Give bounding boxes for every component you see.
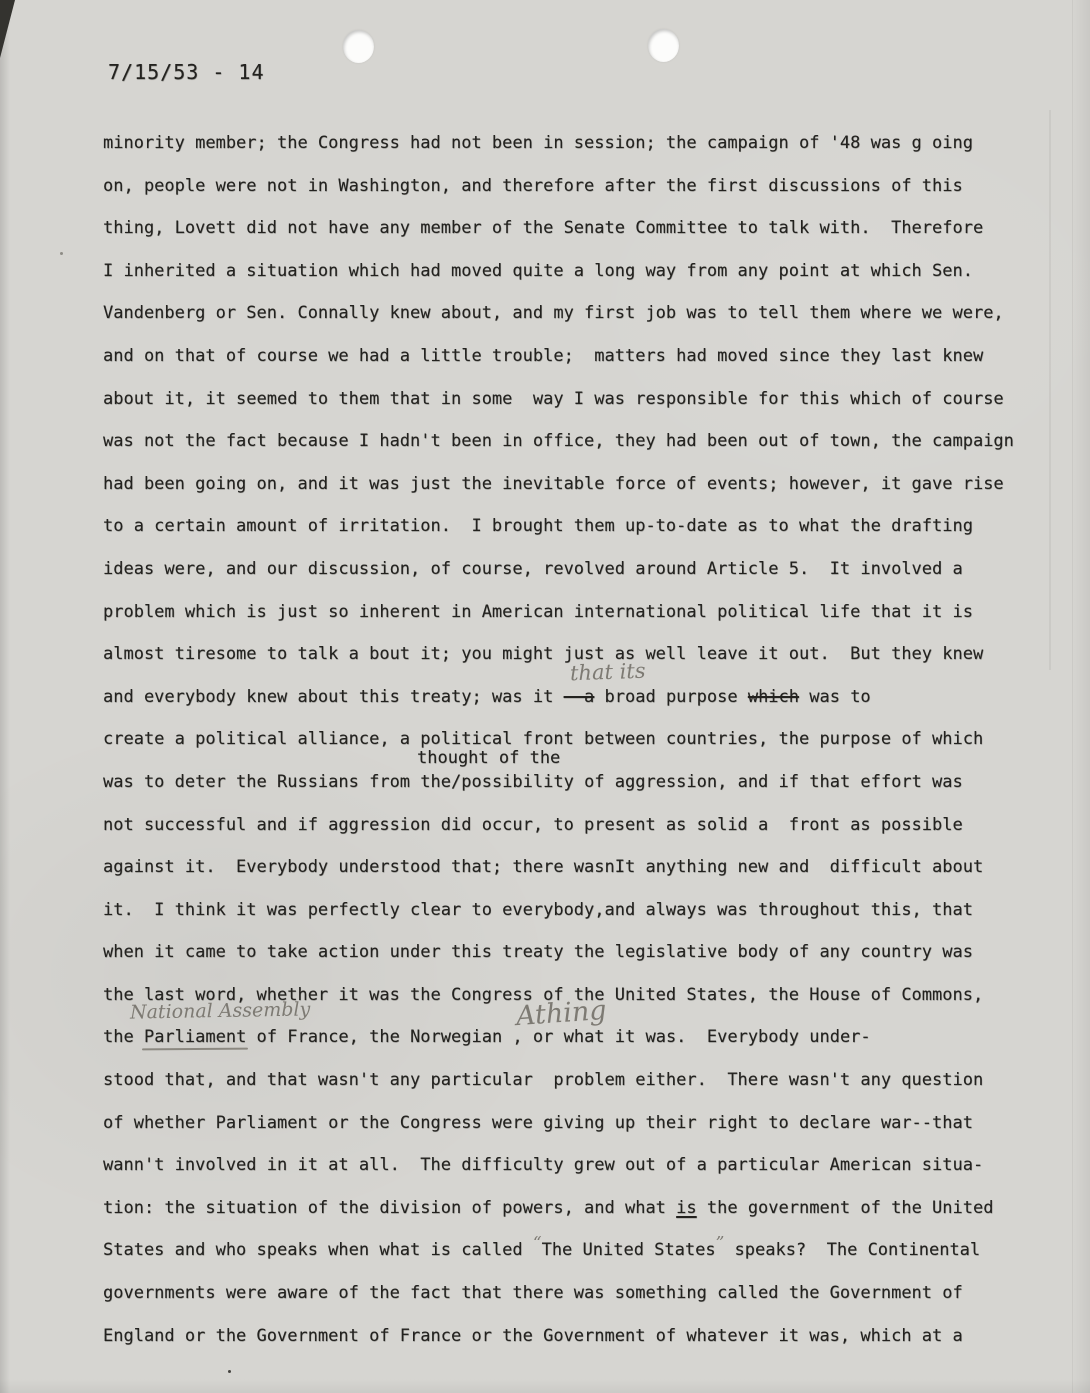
text-segment: to a certain amount of irritation. I bro… bbox=[103, 516, 973, 536]
text-segment: on, people were not in Washington, and t… bbox=[103, 176, 963, 196]
text-segment: wann't involved in it at all. The diffic… bbox=[103, 1155, 983, 1175]
text-line: I inherited a situation which had moved … bbox=[103, 261, 1063, 304]
paper-crease bbox=[1072, 0, 1073, 1393]
text-line: was to deter the Russians from the/thoug… bbox=[103, 772, 1063, 815]
page-date-number: 7/15/53 - 14 bbox=[108, 60, 265, 84]
text-segment: tion: the situation of the division of p… bbox=[103, 1198, 676, 1218]
text-line: the ParliamentNational Assembly of Franc… bbox=[103, 1027, 1063, 1070]
text-line: almost tiresome to talk a bout it; you m… bbox=[103, 644, 1063, 687]
text-segment: about it, it seemed to them that in some… bbox=[103, 389, 1004, 409]
text-line: when it came to take action under this t… bbox=[103, 942, 1063, 985]
text-segment: was to bbox=[799, 687, 871, 707]
text-line: States and who speaks when what is calle… bbox=[103, 1240, 1063, 1283]
text-segment: had been going on, and it was just the i… bbox=[103, 474, 1004, 494]
text-segment: problem which is just so inherent in Ame… bbox=[103, 602, 973, 622]
text-segment: The United States bbox=[542, 1240, 716, 1260]
text-line: problem which is just so inherent in Ame… bbox=[103, 602, 1063, 645]
text-line: England or the Government of France or t… bbox=[103, 1326, 1063, 1369]
text-segment: possibility of aggression, and if that e… bbox=[461, 772, 963, 792]
text-line: wann't involved in it at all. The diffic… bbox=[103, 1155, 1063, 1198]
text-segment: , or what it was. Everybody under- bbox=[512, 1027, 870, 1047]
text-line: it. I think it was perfectly clear to ev… bbox=[103, 900, 1063, 943]
text-segment: speaks? The Continental bbox=[724, 1240, 980, 1260]
text-segment: ParliamentNational Assembly bbox=[144, 1027, 246, 1047]
text-segment: of whether Parliament or the Congress we… bbox=[103, 1113, 973, 1133]
text-segment: not successful and if aggression did occ… bbox=[103, 815, 963, 835]
text-segment: stood that, and that wasn't any particul… bbox=[103, 1070, 983, 1090]
text-line: thing, Lovett did not have any member of… bbox=[103, 218, 1063, 261]
text-segment: almost tiresome to talk a bout it; you m… bbox=[103, 644, 983, 664]
text-segment: is bbox=[676, 1198, 696, 1218]
text-line: the last word, whether it was the Congre… bbox=[103, 985, 1063, 1028]
punch-hole bbox=[343, 30, 374, 63]
text-line: governments were aware of the fact that … bbox=[103, 1283, 1063, 1326]
text-segment: thing, Lovett did not have any member of… bbox=[103, 218, 983, 238]
text-segment: ” bbox=[716, 1234, 725, 1254]
text-line: and everybody knew about this treaty; wa… bbox=[103, 687, 1063, 730]
scan-corner-shadow bbox=[0, 0, 16, 58]
document-page: 7/15/53 - 14 minority member; the Congre… bbox=[0, 0, 1090, 1393]
text-segment: against it. Everybody understood that; t… bbox=[103, 857, 983, 877]
text-line: stood that, and that wasn't any particul… bbox=[103, 1070, 1063, 1113]
text-line: Vandenberg or Sen. Connally knew about, … bbox=[103, 303, 1063, 346]
text-line: had been going on, and it was just the i… bbox=[103, 474, 1063, 517]
text-line: on, people were not in Washington, and t… bbox=[103, 176, 1063, 219]
text-line: minority member; the Congress had not be… bbox=[103, 133, 1063, 176]
punch-hole bbox=[648, 29, 679, 62]
text-line: not successful and if aggression did occ… bbox=[103, 815, 1063, 858]
text-line: tion: the situation of the division of p… bbox=[103, 1198, 1063, 1241]
text-segment: which bbox=[748, 687, 799, 707]
text-segment: was to deter the Russians from the bbox=[103, 772, 451, 792]
text-segment: governments were aware of the fact that … bbox=[103, 1283, 963, 1303]
scan-speck bbox=[60, 252, 63, 255]
text-segment: Vandenberg or Sen. Connally knew about, … bbox=[103, 303, 1004, 323]
text-segment: England or the Government of France or t… bbox=[103, 1326, 963, 1346]
text-segment: States and who speaks when what is calle… bbox=[103, 1240, 533, 1260]
text-segment: the bbox=[103, 1027, 144, 1047]
scan-speck bbox=[16, 1281, 20, 1285]
text-segment: it. I think it was perfectly clear to ev… bbox=[103, 900, 973, 920]
text-line: ideas were, and our discussion, of cours… bbox=[103, 559, 1063, 602]
text-segment: was not the fact because I hadn't been i… bbox=[103, 431, 1014, 451]
text-line: of whether Parliament or the Congress we… bbox=[103, 1113, 1063, 1156]
text-segment: and everybody knew about this treaty; wa… bbox=[103, 687, 564, 707]
text-segment: create a political alliance, a political… bbox=[103, 729, 983, 749]
text-line: about it, it seemed to them that in some… bbox=[103, 389, 1063, 432]
text-segment: and on that of course we had a little tr… bbox=[103, 346, 983, 366]
text-line: was not the fact because I hadn't been i… bbox=[103, 431, 1063, 474]
text-segment: of France, the Norwegian bbox=[246, 1027, 512, 1047]
text-segment: minority member; the Congress had not be… bbox=[103, 133, 973, 153]
text-line: and on that of course we had a little tr… bbox=[103, 346, 1063, 389]
text-segment: ideas were, and our discussion, of cours… bbox=[103, 559, 963, 579]
text-segment: broad purpose bbox=[594, 687, 748, 707]
text-line: create a political alliance, a political… bbox=[103, 729, 1063, 772]
text-segment: I inherited a situation which had moved … bbox=[103, 261, 973, 281]
text-segment: /thought of the bbox=[451, 772, 461, 792]
text-segment: a bbox=[564, 687, 595, 707]
text-line: to a certain amount of irritation. I bro… bbox=[103, 516, 1063, 559]
text-line: against it. Everybody understood that; t… bbox=[103, 857, 1063, 900]
text-segment: the last word, whether it was the Congre… bbox=[103, 985, 983, 1005]
text-segment: the government of the United bbox=[697, 1198, 994, 1218]
text-segment: “ bbox=[533, 1234, 542, 1254]
text-segment: when it came to take action under this t… bbox=[103, 942, 973, 962]
scan-speck bbox=[228, 1370, 231, 1373]
transcript-body: minority member; the Congress had not be… bbox=[103, 133, 1063, 1368]
